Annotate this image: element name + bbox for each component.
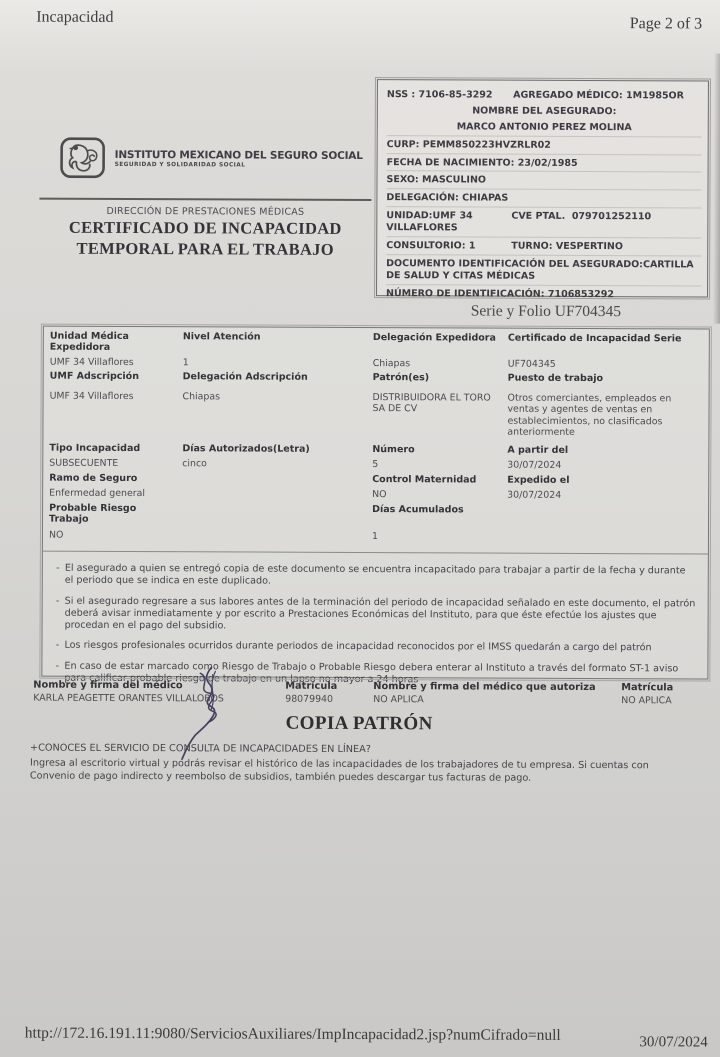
field-value: DISTRIBUIDORA EL TORO SA DE CV (372, 392, 507, 441)
insured-data-box: NSS : 7106-85-3292 AGREGADO MÉDICO: 1M19… (376, 79, 709, 297)
imss-eagle-logo-icon (60, 137, 106, 179)
unidad-row: UNIDAD:UMF 34 VILLAFLORES CVE PTAL. 0797… (386, 206, 701, 237)
numero-identificacion-label: NÚMERO DE IDENTIFICACIÓN: (386, 288, 545, 300)
field-label: Días Acumulados (372, 504, 507, 532)
delegacion-label: DELEGACIÓN: (386, 192, 458, 203)
photo-edge-shadow (713, 54, 720, 324)
note-bullet: - (51, 563, 65, 588)
field-value: UMF 34 Villaflores (50, 357, 183, 372)
org-tagline: SEGURIDAD Y SOLIDARIDAD SOCIAL (115, 161, 363, 168)
delegacion-row: DELEGACIÓN: CHIAPAS (386, 188, 701, 207)
field-value: 1 (183, 357, 373, 372)
field-value: NO (49, 530, 182, 547)
cve-cell: CVE PTAL. 079701252110 (511, 211, 701, 236)
cve-ptal-label: CVE PTAL. (511, 211, 565, 222)
matricula-value: NO APLICA (621, 695, 711, 706)
certificate-title-line2: TEMPORAL PARA EL TRABAJO (39, 238, 371, 261)
turno-cell: TURNO: VESPERTINO (511, 241, 701, 254)
legal-notes: - El asegurado a quien se entregó copia … (42, 551, 708, 702)
unidad-cell: UNIDAD:UMF 34 VILLAFLORES (386, 210, 511, 234)
field-value: 30/07/2024 (507, 490, 700, 506)
field-label: Ramo de Seguro (49, 473, 182, 489)
consultorio-label: CONSULTORIO: (386, 240, 465, 251)
sexo-value: MASCULINO (422, 175, 486, 186)
field-label: Días Autorizados(Letra) (182, 443, 372, 459)
scanned-document-page: Incapacidad Page 2 of 3 NSS : 7106-85-32… (0, 0, 720, 1057)
authorizing-matricula-block: Matrícula NO APLICA (621, 682, 711, 706)
field-value-empty (507, 532, 700, 549)
nss-value: 7106-85-3292 (419, 89, 493, 100)
turno-label: TURNO: (511, 241, 552, 252)
org-name: INSTITUTO MEXICANO DEL SEGURO SOCIAL (115, 148, 363, 161)
field-value: SUBSECUENTE (49, 458, 182, 474)
org-name-block: INSTITUTO MEXICANO DEL SEGURO SOCIAL SEG… (115, 148, 363, 168)
form-fields-top: Unidad Médica Expedidora Nivel Atención … (43, 327, 708, 442)
fecha-nacimiento-row: FECHA DE NACIMIENTO: 23/02/1985 (387, 153, 702, 172)
unidad-label: UNIDAD: (386, 210, 432, 221)
matricula-value: 98079940 (285, 694, 373, 705)
doctor-name-label: Nombre y firma del médico (33, 680, 285, 692)
copia-patron-body: +CONOCES EL SERVICIO DE CONSULTA DE INCA… (30, 742, 690, 786)
consulta-question: +CONOCES EL SERVICIO DE CONSULTA DE INCA… (30, 742, 690, 758)
consultorio-cell: CONSULTORIO: 1 (386, 240, 511, 252)
field-label: Delegación Adscripción (183, 371, 373, 392)
doctor-name-value: KARLA PEAGETTE ORANTES VILLALOBOS (33, 693, 285, 705)
nombre-asegurado-label: NOMBRE DEL ASEGURADO: (387, 103, 702, 120)
field-label: Tipo Incapacidad (49, 443, 182, 459)
curp-label: CURP: (387, 139, 420, 150)
field-label: Probable Riesgo Trabajo (49, 503, 182, 531)
sexo-row: SEXO: MASCULINO (386, 170, 701, 189)
field-value: 30/07/2024 (507, 460, 700, 476)
copia-patron-title: COPIA PATRÓN (0, 711, 719, 736)
legal-note: - Los riesgos profesionales ocurridos du… (50, 640, 695, 655)
field-label-empty (182, 503, 372, 531)
curp-row: CURP: PEMM850223HVZRLR02 (387, 135, 702, 154)
field-label-empty (182, 473, 372, 489)
field-value: UMF 34 Villaflores (49, 391, 182, 440)
field-value-empty (182, 488, 372, 504)
nombre-asegurado-value: MARCO ANTONIO PEREZ MOLINA (387, 119, 702, 136)
turno-value: VESPERTINO (556, 241, 623, 252)
field-label: Patrón(es) (373, 372, 508, 393)
matricula-label: Matrícula (621, 682, 711, 693)
print-header-title: Incapacidad (36, 9, 113, 27)
field-label: Delegación Expedidora (373, 332, 508, 359)
footer-url: http://172.16.191.11:9080/ServiciosAuxil… (25, 1025, 561, 1045)
nss-row: NSS : 7106-85-3292 AGREGADO MÉDICO: 1M19… (387, 87, 702, 104)
field-label-empty (507, 505, 700, 533)
field-value: Enfermedad general (49, 488, 182, 504)
field-value: UF704345 (508, 359, 701, 374)
curp-value: PEMM850223HVZRLR02 (423, 139, 551, 151)
field-label: Expedido el (507, 475, 700, 491)
agregado-medico-label: AGREGADO MÉDICO: (513, 90, 623, 101)
print-header-page-number: Page 2 of 3 (630, 15, 703, 33)
authorizing-doctor-value: NO APLICA (373, 694, 621, 706)
doctor-signature-block: Nombre y firma del médico KARLA PEAGETTE… (33, 680, 285, 705)
field-label: UMF Adscripción (50, 371, 183, 392)
serie-y-folio: Serie y Folio UF704345 (381, 302, 711, 321)
certificate-title-line1: CERTIFICADO DE INCAPACIDAD (39, 217, 371, 240)
legal-note: - Si el asegurado regresare a sus labore… (51, 595, 696, 635)
delegacion-value: CHIAPAS (462, 193, 508, 204)
field-value: Otros comerciantes, empleados en ventas … (507, 393, 700, 442)
fecha-nacimiento-value: 23/02/1985 (518, 157, 578, 168)
consultorio-row: CONSULTORIO: 1 TURNO: VESPERTINO (386, 236, 701, 255)
field-value: 5 (372, 459, 507, 475)
matricula-label: Matrícula (285, 681, 373, 692)
note-bullet: - (51, 595, 65, 632)
sexo-label: SEXO: (386, 174, 418, 185)
documento-identificacion-row: DOCUMENTO IDENTIFICACIÓN DEL ASEGURADO:C… (386, 254, 701, 285)
field-value-empty (182, 530, 372, 547)
field-label: Control Maternidad (372, 474, 507, 490)
authorizing-doctor-block: Nombre y firma del médico que autoriza N… (373, 681, 621, 706)
header-divider (39, 198, 371, 201)
field-label: Puesto de trabajo (508, 373, 701, 394)
form-fields-bottom: Tipo Incapacidad Días Autorizados(Letra)… (43, 439, 708, 549)
numero-identificacion-row: NÚMERO DE IDENTIFICACIÓN: 7106853292 (386, 284, 701, 303)
imss-logo-row: INSTITUTO MEXICANO DEL SEGURO SOCIAL SEG… (60, 137, 372, 180)
field-label: Certificado de Incapacidad Serie (508, 333, 701, 360)
certificate-title-block: DIRECCIÓN DE PRESTACIONES MÉDICAS CERTIF… (39, 206, 371, 261)
field-value: 1 (372, 531, 507, 548)
incapacity-form-box: Unidad Médica Expedidora Nivel Atención … (41, 326, 710, 680)
numero-identificacion-value: 7106853292 (548, 288, 614, 299)
cve-ptal-value: 079701252110 (572, 211, 651, 222)
field-label: Unidad Médica Expedidora (50, 331, 183, 358)
field-label: A partir del (507, 445, 700, 461)
footer-date: 30/07/2024 (639, 1034, 707, 1051)
field-value: Chiapas (373, 358, 508, 373)
doctor-matricula-block: Matrícula 98079940 (285, 681, 373, 705)
consultorio-value: 1 (469, 240, 476, 251)
fecha-nacimiento-label: FECHA DE NACIMIENTO: (387, 157, 515, 169)
field-value: NO (372, 489, 507, 505)
note-text: El asegurado a quien se entregó copia de… (65, 563, 696, 590)
authorizing-doctor-label: Nombre y firma del médico que autoriza (373, 681, 621, 693)
field-value: Chiapas (182, 391, 372, 440)
field-value: cinco (182, 458, 372, 474)
field-label: Nivel Atención (183, 331, 373, 358)
field-label: Número (372, 444, 507, 460)
agregado-medico-value: 1M1985OR (626, 90, 684, 101)
legal-note: - El asegurado a quien se entregó copia … (51, 563, 696, 590)
note-bullet: - (50, 640, 64, 652)
note-text: Los riesgos profesionales ocurridos dura… (64, 640, 695, 655)
signature-strip: Nombre y firma del médico KARLA PEAGETTE… (33, 680, 711, 707)
note-text: Si el asegurado regresare a sus labores … (65, 595, 696, 635)
consulta-text: Ingresa al escritorio virtual y podrás r… (30, 757, 690, 786)
nss-label: NSS : (387, 89, 415, 100)
